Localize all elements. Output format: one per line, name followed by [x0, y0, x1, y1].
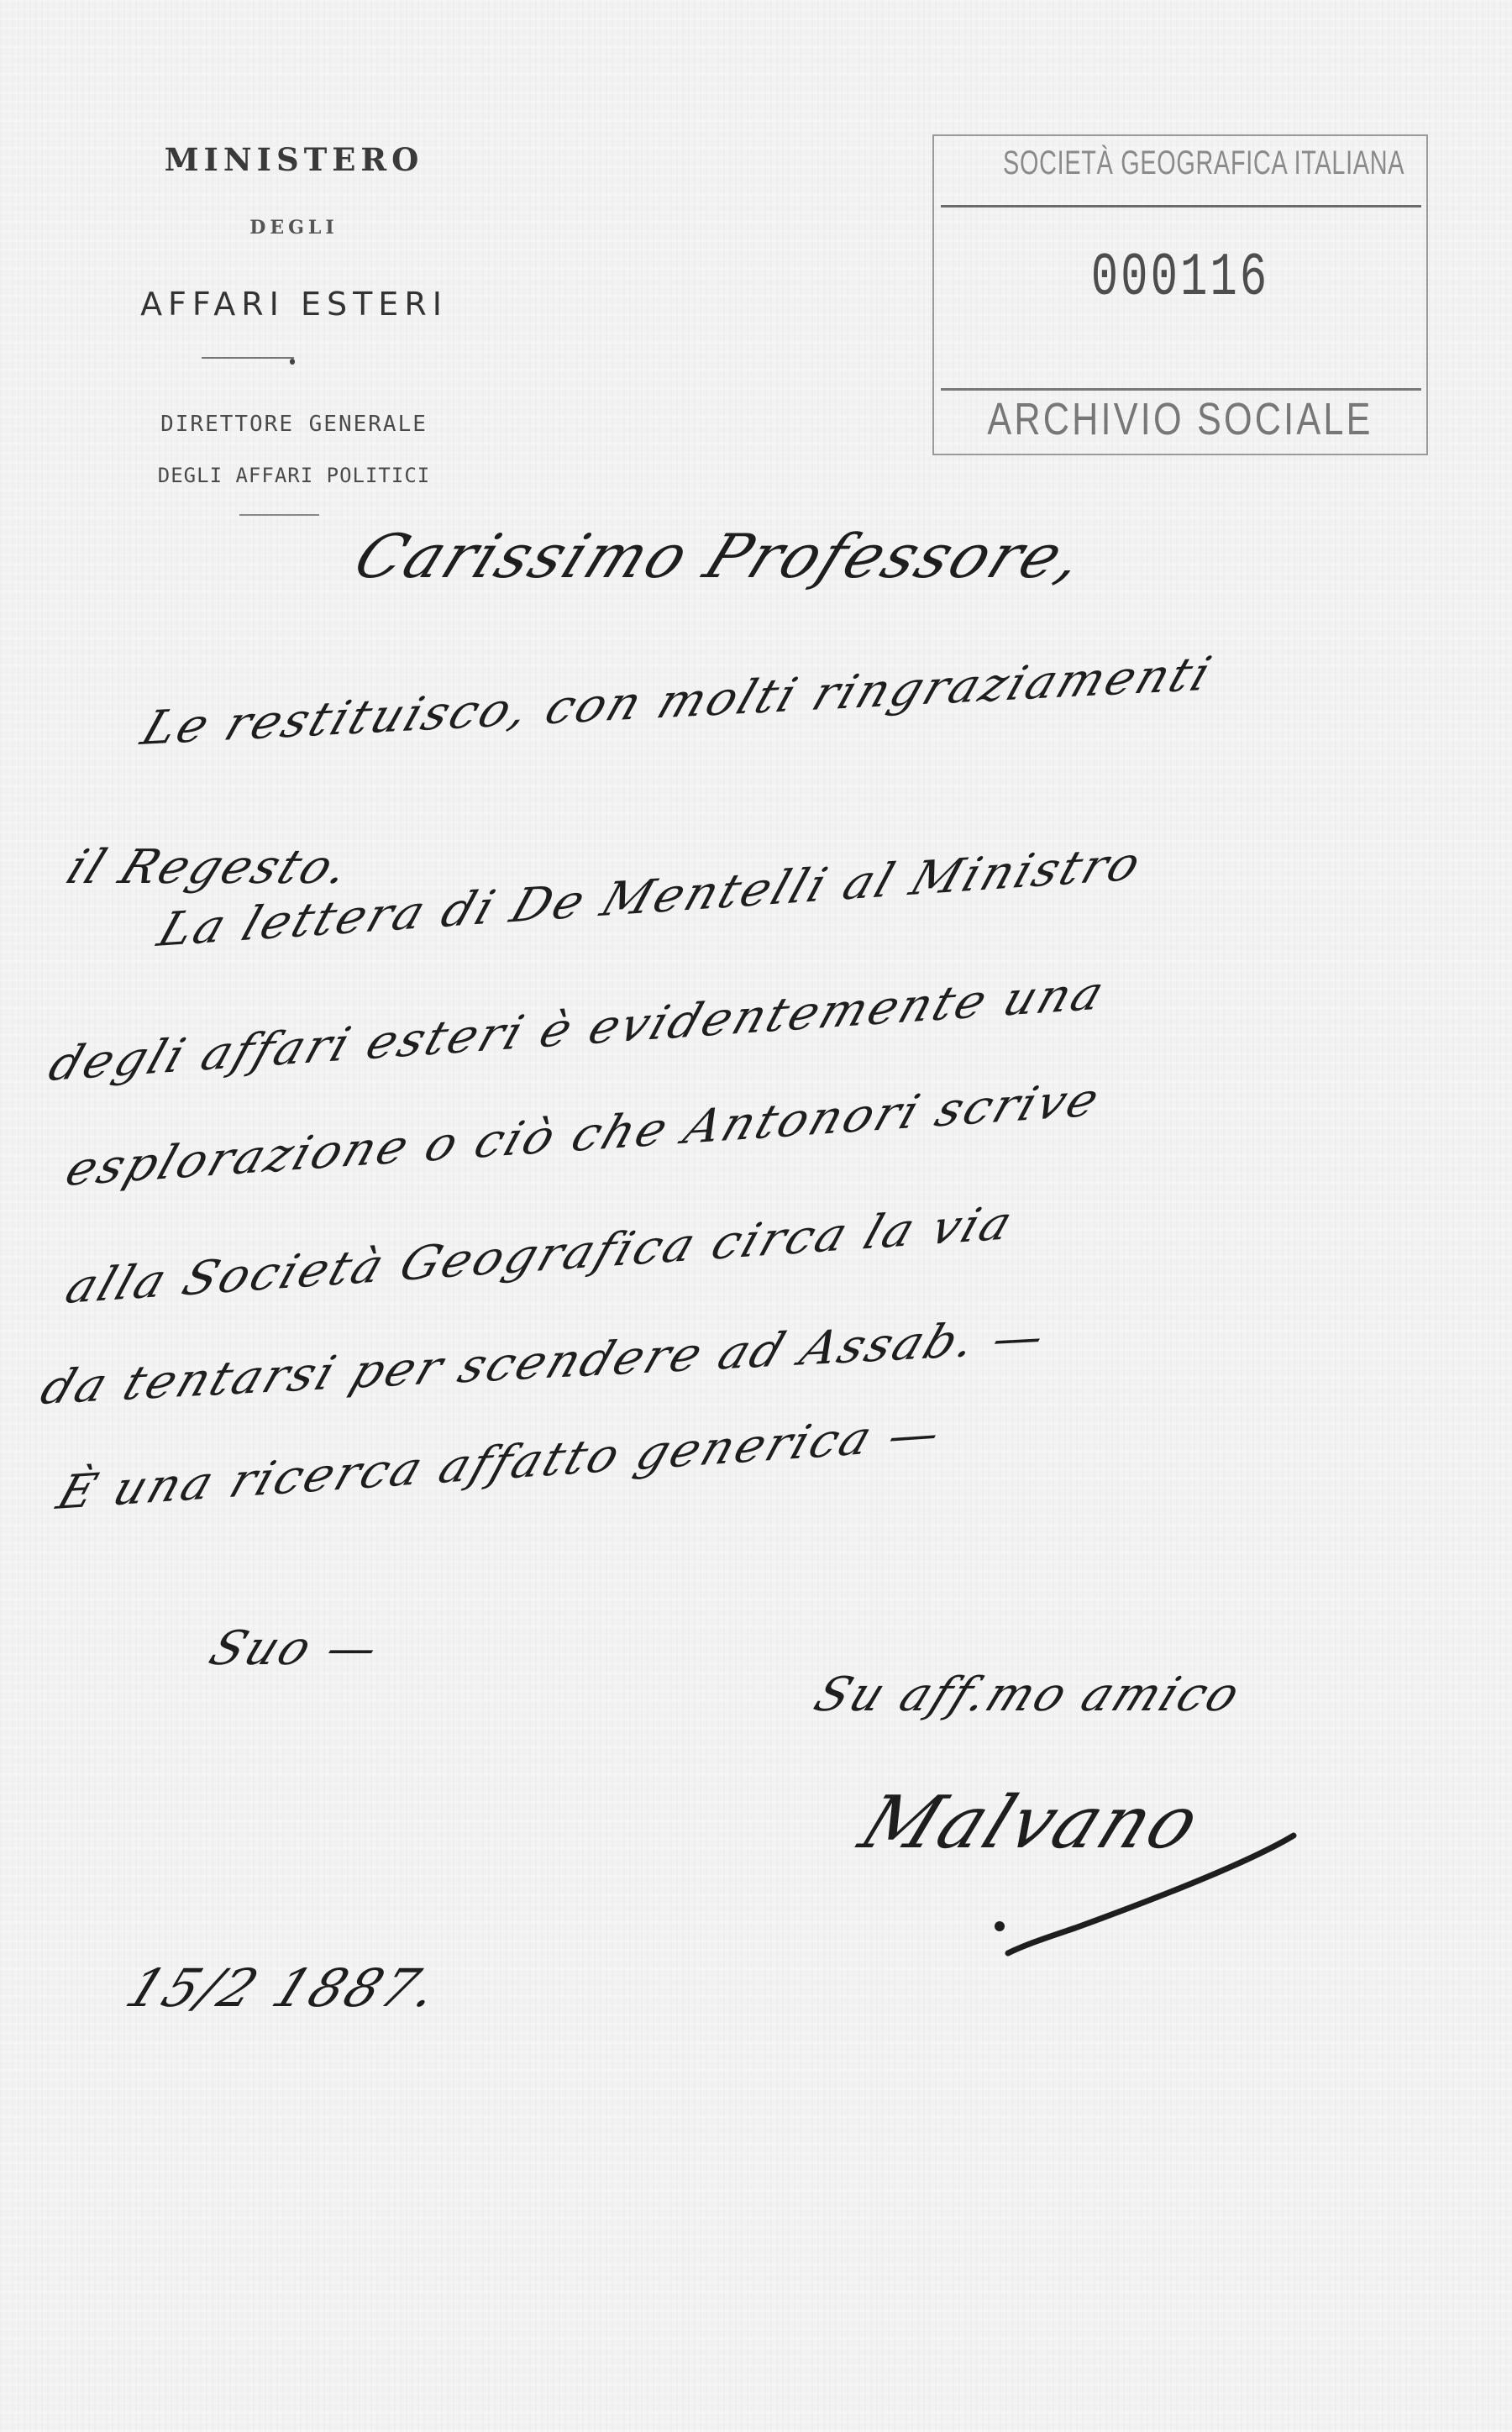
body-line: esplorazione o ciò che Antonori scrive	[59, 1073, 1108, 1197]
letterhead-divider	[202, 357, 294, 359]
stamp-title: SOCIETÀ GEOGRAFICA ITALIANA	[1003, 144, 1357, 182]
letterhead-director-general: DIRETTORE GENERALE	[50, 412, 538, 437]
letterhead-foreign-affairs: AFFARI ESTERI	[50, 286, 538, 323]
archive-stamp: SOCIETÀ GEOGRAFICA ITALIANA 000116 ARCHI…	[932, 134, 1428, 455]
letterhead-ministry: MINISTERO	[50, 141, 538, 178]
stamp-footer: ARCHIVIO SOCIALE	[984, 393, 1378, 445]
letterhead-dot	[290, 359, 295, 365]
body-line: degli affari esteri è evidentemente una	[42, 966, 1113, 1092]
letter-date: 15/2 1887.	[118, 1957, 450, 2019]
letter-page: MINISTERO DEGLI AFFARI ESTERI DIRETTORE …	[0, 0, 1512, 2432]
stamp-archive-number: 000116	[995, 244, 1365, 313]
letterhead-degli: DEGLI	[50, 217, 538, 239]
letterhead-divider-bottom	[239, 514, 319, 516]
sign-off: Su aff.mo amico	[806, 1668, 1250, 1722]
body-line: alla Società Geografica circa la via	[59, 1196, 1021, 1315]
letterhead-political-affairs: DEGLI AFFARI POLITICI	[50, 464, 538, 487]
body-line: Le restituisco, con molti ringraziamenti	[134, 647, 1221, 756]
body-line: da tentarsi per scendere ad Assab. —	[34, 1310, 1054, 1416]
signature-flourish-icon	[974, 1827, 1302, 1962]
salutation: Carissimo Professore,	[344, 521, 1097, 591]
body-line: il Regesto.	[59, 840, 360, 895]
body-line: È una ricerca affatto generica —	[50, 1406, 950, 1521]
stamp-divider-bottom	[941, 388, 1421, 391]
closing: Suo —	[202, 1621, 389, 1676]
stamp-divider-top	[941, 205, 1421, 207]
